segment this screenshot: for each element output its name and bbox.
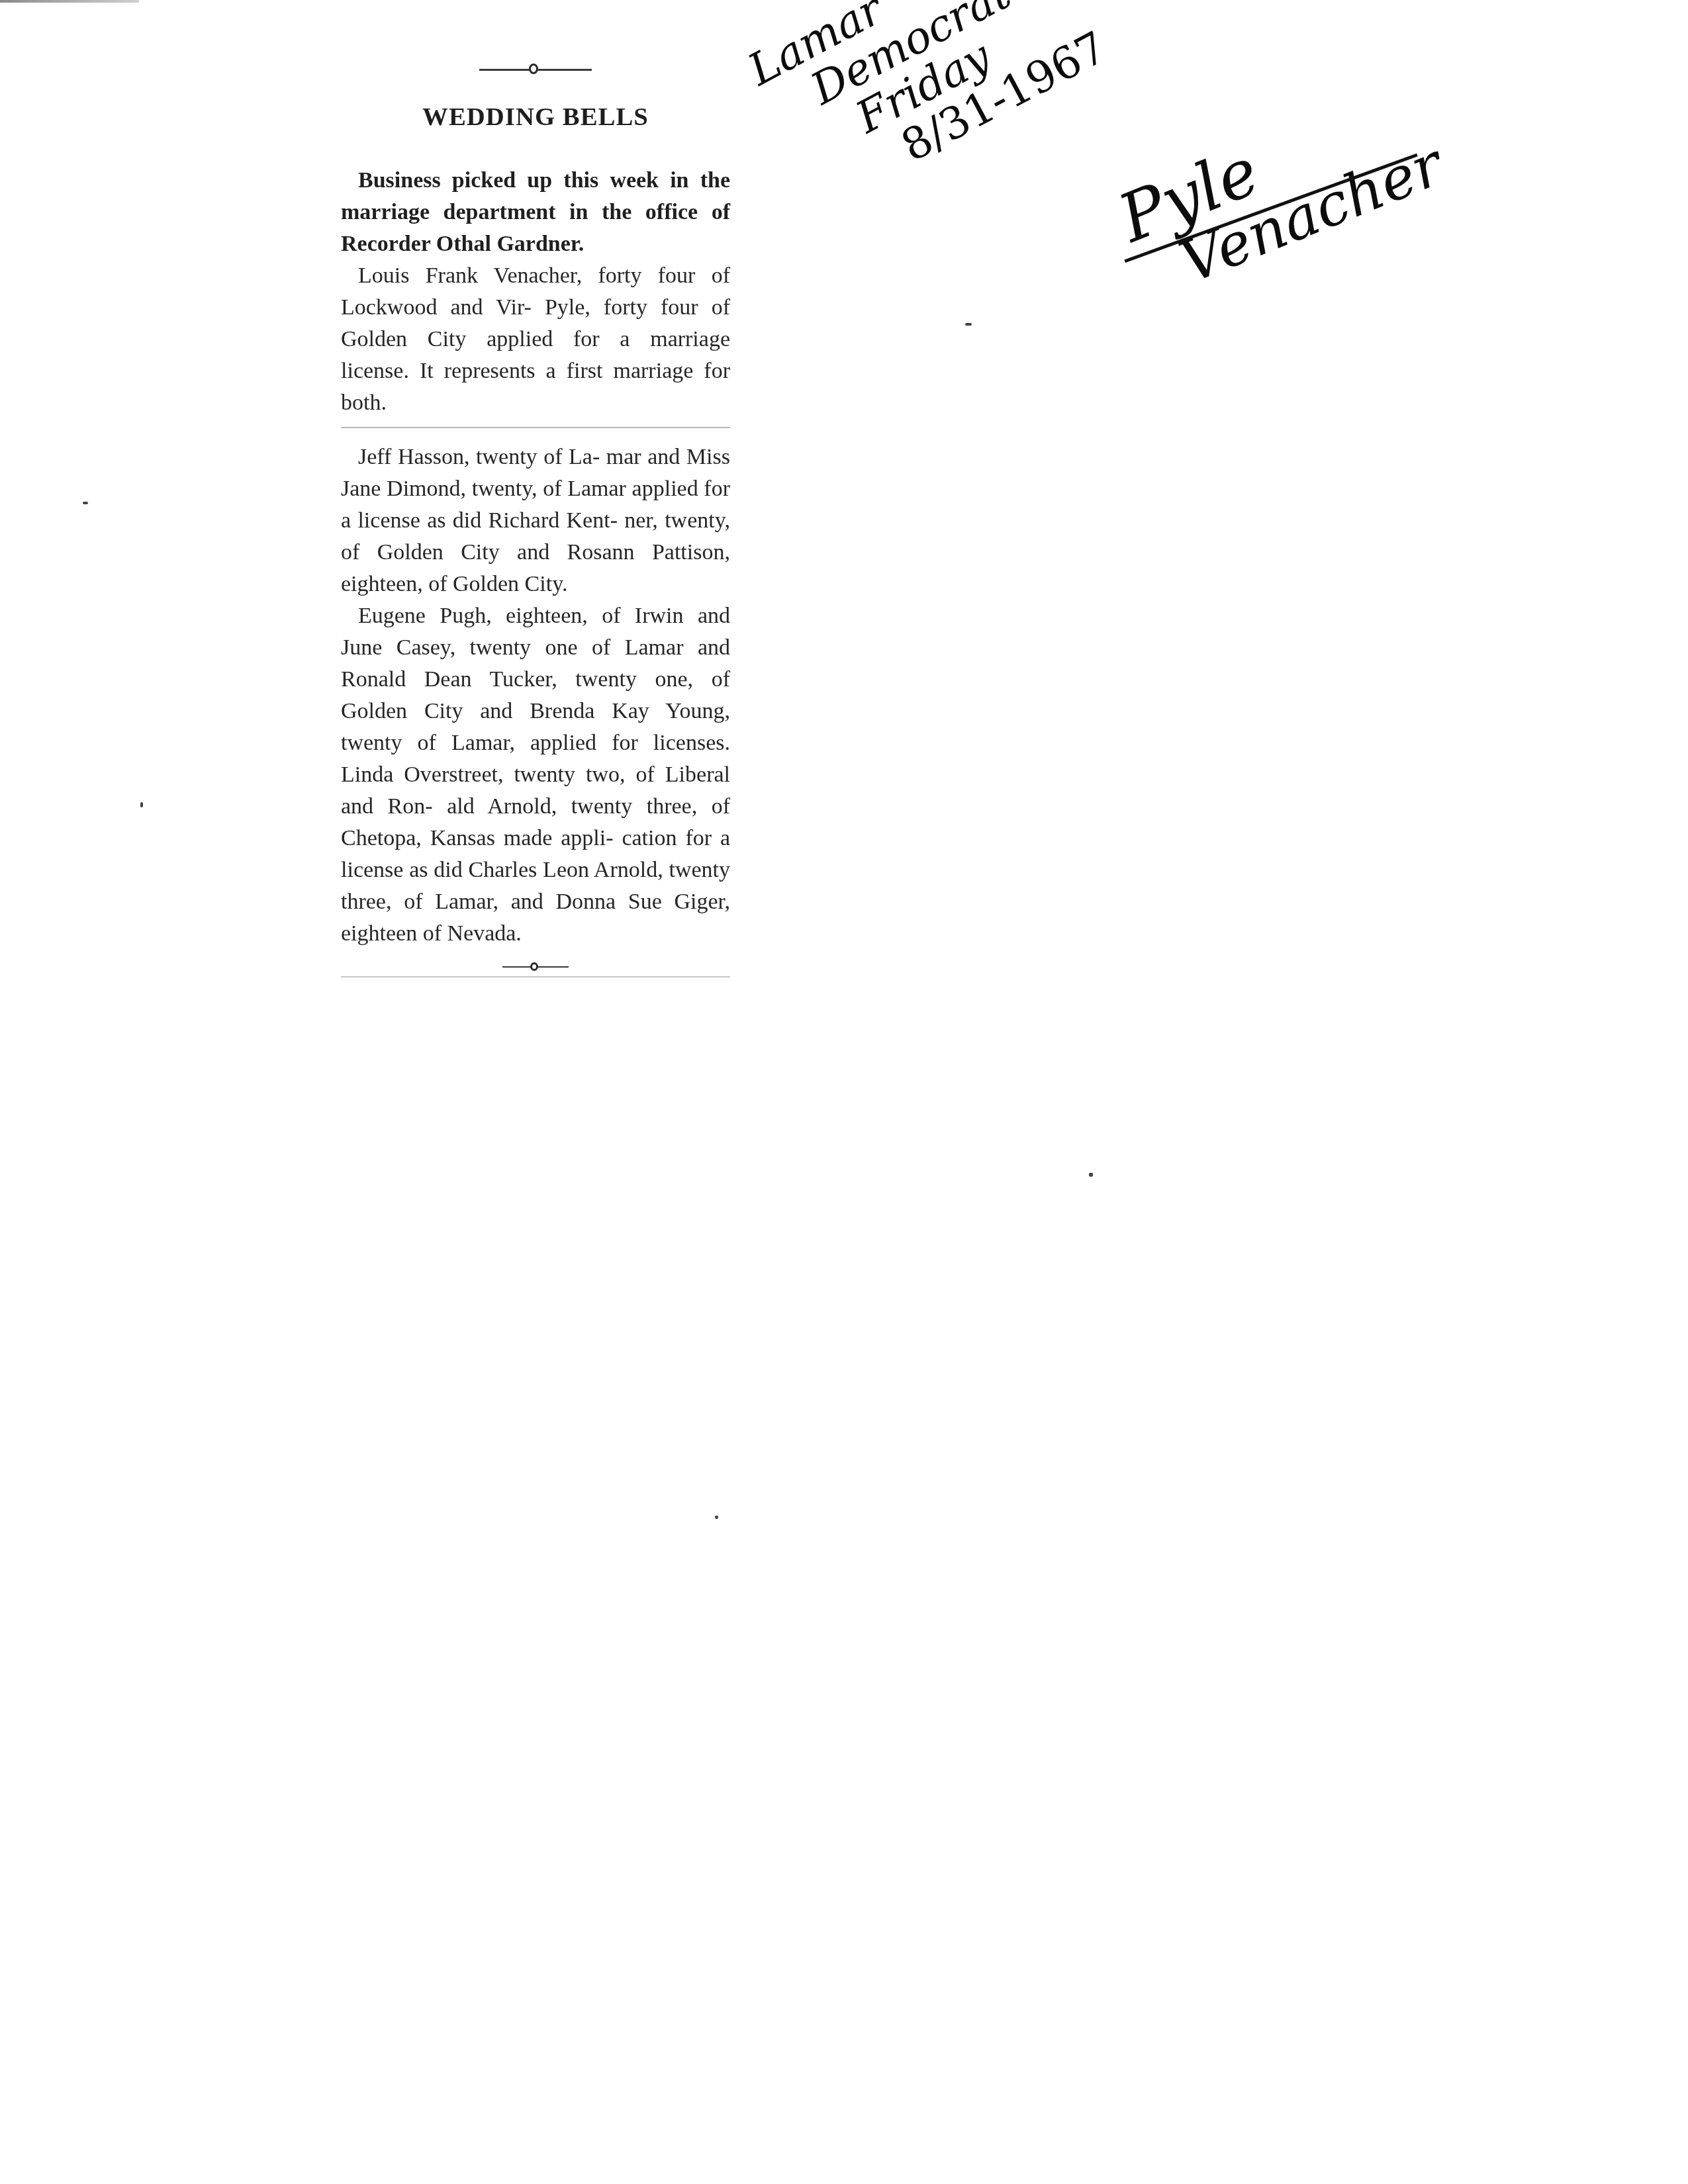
scan-speck [965,323,972,326]
article-paragraph: Louis Frank Venacher, forty four of Lock… [341,260,730,419]
bottom-ornament-divider [502,960,569,974]
scan-speck [83,502,88,504]
article-headline: WEDDING BELLS [337,103,734,132]
scan-edge-artifact [0,0,139,3]
section-divider [341,427,730,428]
top-ornament-divider [479,63,592,76]
scan-speck [715,1516,718,1519]
scan-speck [1089,1173,1093,1177]
clipping-bottom-edge [341,976,730,978]
article-paragraph: Eugene Pugh, eighteen, of Irwin and June… [341,600,730,950]
article-paragraph: Jeff Hasson, twenty of La- mar and Miss … [341,441,730,600]
handwritten-source-note: Lamar Democrat Friday 8/31-1967 [741,0,1114,216]
handwritten-surnames: Pyle Venacher [1092,73,1450,315]
scan-speck [140,802,143,807]
article-paragraph: Business picked up this week in the marr… [341,165,730,260]
newspaper-clipping: WEDDING BELLS Business picked up this we… [341,63,730,978]
